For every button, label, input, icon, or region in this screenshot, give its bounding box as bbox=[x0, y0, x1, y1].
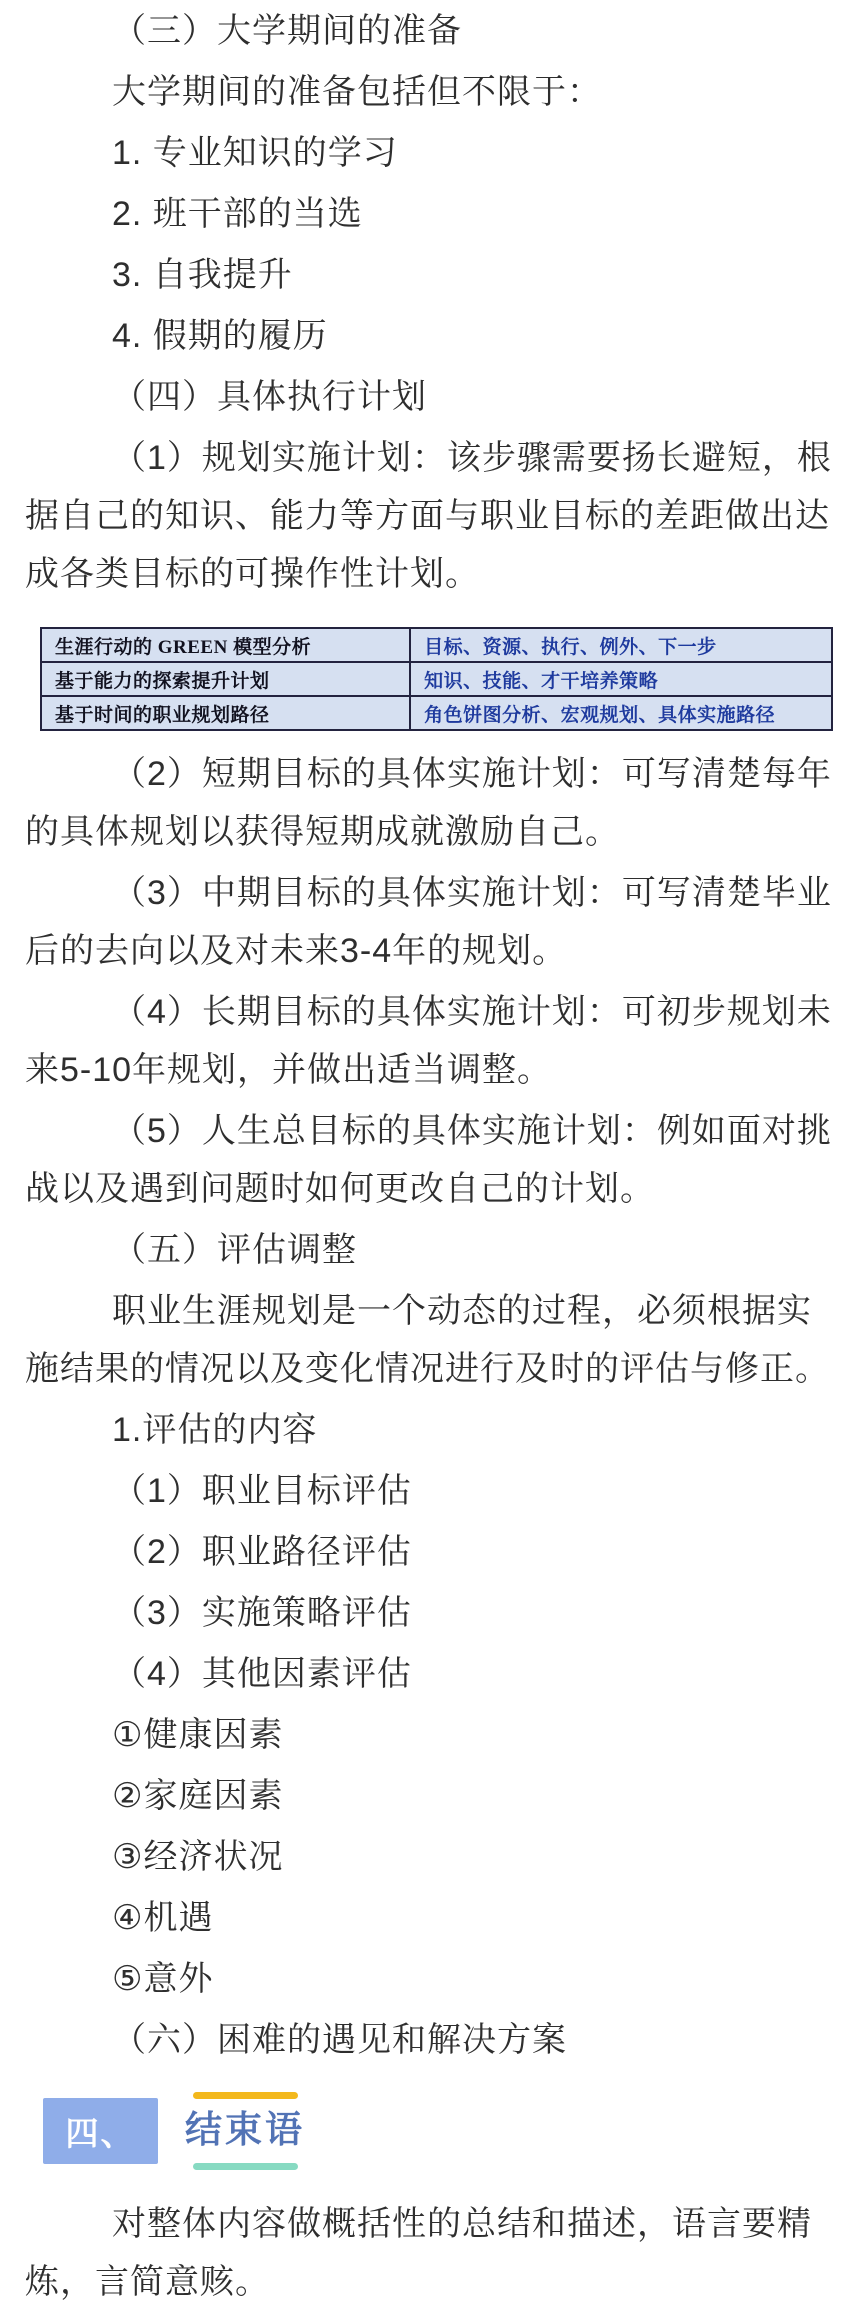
table-label-cell: 生涯行动的 GREEN 模型分析 bbox=[41, 628, 410, 662]
para-prep-intro: 大学期间的准备包括但不限于： bbox=[25, 63, 840, 121]
heading-sec-6: （六）困难的遇见和解决方案 bbox=[25, 2011, 840, 2069]
para-closing-summary: 对整体内容做概括性的总结和描述，语言要精炼，言简意赅。 bbox=[25, 2195, 840, 2308]
heading-sec-4: （四）具体执行计划 bbox=[25, 368, 840, 426]
heading-sec-5: （五）评估调整 bbox=[25, 1221, 840, 1279]
table-value-cell: 角色饼图分析、宏观规划、具体实施路径 bbox=[410, 696, 832, 730]
heading-sec-3: （三）大学期间的准备 bbox=[25, 2, 840, 60]
item-career-goal-eval: （1）职业目标评估 bbox=[25, 1462, 840, 1520]
item-opportunity: ④机遇 bbox=[25, 1889, 840, 1947]
para-mid-term-plan: （3）中期目标的具体实施计划：可写清楚毕业后的去向以及对未来3-4年的规划。 bbox=[25, 864, 840, 980]
para-long-term-plan: （4）长期目标的具体实施计划：可初步规划未来5-10年规划，并做出适当调整。 bbox=[25, 983, 840, 1099]
para-plan-implementation: （1）规划实施计划：该步骤需要扬长避短，根据自己的知识、能力等方面与职业目标的差… bbox=[25, 429, 840, 603]
item-career-path-eval: （2）职业路径评估 bbox=[25, 1523, 840, 1581]
list-item-class-cadre: 2. 班干部的当选 bbox=[25, 185, 840, 243]
green-model-table: 生涯行动的 GREEN 模型分析 目标、资源、执行、例外、下一步 基于能力的探索… bbox=[40, 627, 833, 731]
heading-eval-content: 1.评估的内容 bbox=[25, 1401, 840, 1459]
accent-bar-bottom bbox=[193, 2163, 298, 2170]
item-economic-status: ③经济状况 bbox=[25, 1828, 840, 1886]
item-family-factor: ②家庭因素 bbox=[25, 1767, 840, 1825]
section-number-badge: 四、 bbox=[43, 2098, 158, 2164]
para-evaluation-intro: 职业生涯规划是一个动态的过程，必须根据实施结果的情况以及变化情况进行及时的评估与… bbox=[25, 1282, 840, 1398]
para-short-term-plan: （2）短期目标的具体实施计划：可写清楚每年的具体规划以获得短期成就激励自己。 bbox=[25, 745, 840, 861]
section-title-block: 结束语 bbox=[185, 2092, 305, 2171]
item-implementation-strategy-eval: （3）实施策略评估 bbox=[25, 1584, 840, 1642]
table-value-cell: 知识、技能、才干培养策略 bbox=[410, 662, 832, 696]
table-label-cell: 基于能力的探索提升计划 bbox=[41, 662, 410, 696]
table-row: 基于时间的职业规划路径 角色饼图分析、宏观规划、具体实施路径 bbox=[41, 696, 832, 730]
item-accident: ⑤意外 bbox=[25, 1950, 840, 2008]
para-life-goal-plan: （5）人生总目标的具体实施计划：例如面对挑战以及遇到问题时如何更改自己的计划。 bbox=[25, 1102, 840, 1218]
table-row: 生涯行动的 GREEN 模型分析 目标、资源、执行、例外、下一步 bbox=[41, 628, 832, 662]
list-item-self-improvement: 3. 自我提升 bbox=[25, 246, 840, 304]
document-page: （三）大学期间的准备 大学期间的准备包括但不限于： 1. 专业知识的学习 2. … bbox=[0, 0, 865, 2308]
list-item-vacation-resume: 4. 假期的履历 bbox=[25, 307, 840, 365]
closing-title: 结束语 bbox=[185, 2110, 305, 2151]
section-4-heading: 四、 结束语 bbox=[43, 2087, 840, 2175]
table-label-cell: 基于时间的职业规划路径 bbox=[41, 696, 410, 730]
list-item-major-study: 1. 专业知识的学习 bbox=[25, 124, 840, 182]
item-health-factor: ①健康因素 bbox=[25, 1706, 840, 1764]
table-row: 基于能力的探索提升计划 知识、技能、才干培养策略 bbox=[41, 662, 832, 696]
accent-bar-top bbox=[193, 2092, 298, 2099]
table-value-cell: 目标、资源、执行、例外、下一步 bbox=[410, 628, 832, 662]
item-other-factors-eval: （4）其他因素评估 bbox=[25, 1645, 840, 1703]
